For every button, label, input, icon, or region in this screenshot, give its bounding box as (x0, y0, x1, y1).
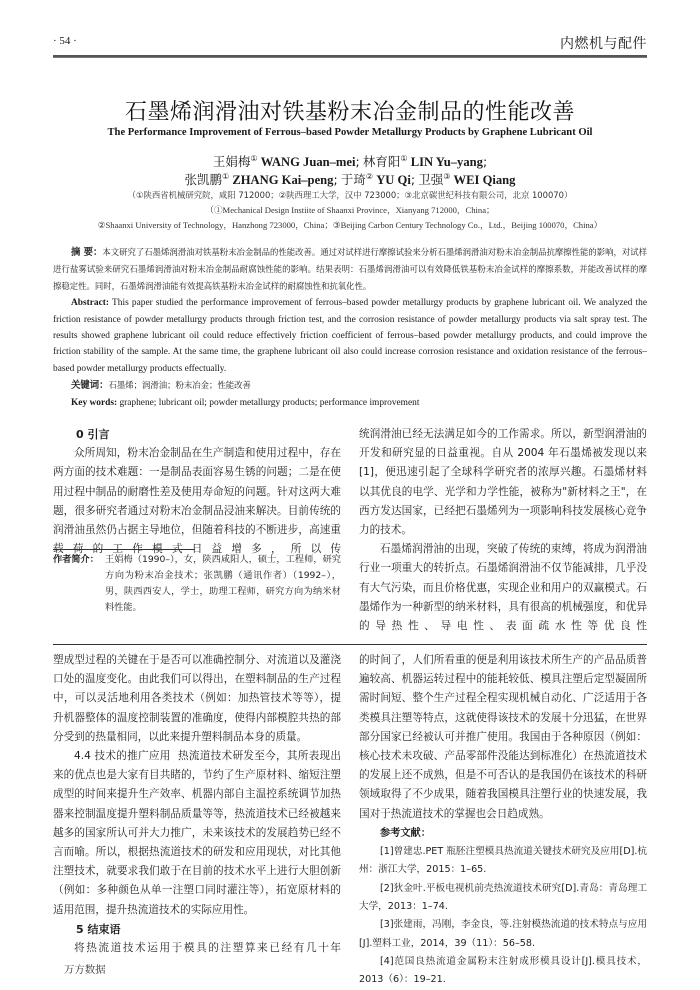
section-heading-conclusion: 5 结束语 (53, 920, 341, 939)
keywords-cn-text: 石墨烯；润滑油；粉末冶金；性能改善 (109, 380, 251, 390)
keywords-en: Key words: graphene; lubricant oil; powd… (53, 395, 647, 411)
author-name-cn: 卫强 (418, 172, 443, 187)
keywords-cn: 关键词：石墨烯；润滑油；粉末冶金；性能改善 (53, 377, 647, 394)
subsection-heading: 4.4 技术的推广应用 (74, 750, 171, 762)
author-name-en: ZHANG Kai–peng (232, 173, 333, 187)
keywords-en-label: Key words: (71, 398, 117, 408)
abstract-en: Abstract: This paper studied the perform… (53, 295, 647, 377)
article-title-en: The Performance Improvement of Ferrous–b… (0, 127, 700, 138)
abstract-cn: 摘 要：本文研究了石墨烯润滑油对铁基粉末冶金制品的性能改善。通过对试样进行摩擦试… (53, 244, 647, 294)
paragraph: 4.4 技术的推广应用 热流道技术研发至今，其所表现出来的优点也是大家有目共睹的… (53, 747, 341, 920)
paragraph: 将热流道技术运用于模具的注塑算来已经有几十年 (53, 939, 341, 958)
separator: ; (333, 172, 337, 187)
paragraph-text: 热流道技术研发至今，其所表现出来的优点也是大家有目共睹的，节约了生产原材料、缩短… (53, 750, 341, 916)
abstract-cn-text: 本文研究了石墨烯润滑油对铁基粉末冶金制品的性能改善。通过对试样进行摩擦试验来分析… (53, 247, 647, 291)
separator: ; (483, 154, 487, 169)
author-name-cn: 张凯鹏 (185, 172, 223, 187)
footnote-rule (53, 549, 195, 550)
abstract-block: 摘 要：本文研究了石墨烯润滑油对铁基粉末冶金制品的性能改善。通过对试样进行摩擦试… (53, 244, 647, 411)
author-name-cn: 于琦 (341, 172, 366, 187)
keywords-en-text: graphene; lubricant oil; powder metallur… (119, 398, 419, 408)
author-note-label: 作者简介： (53, 552, 105, 568)
author-note-text: 王娟梅（1990–），女，陕西咸阳人，硕士，工程师，研究方向为粉末冶金技术；张凯… (105, 552, 341, 616)
author-name-cn: 王娟梅 (213, 154, 251, 169)
reference-item: [2]狄金叶.平板电视机前壳热流道技术研究[D].青岛：青岛理工大学，2013：… (359, 880, 647, 917)
section-divider (53, 644, 647, 645)
author-name-en: WEI Qiang (454, 173, 516, 187)
author-line-2: 张凯鹏① ZHANG Kai–peng; 于琦② YU Qi; 卫强③ WEI … (0, 170, 700, 188)
paragraph: 的时间了，人们所看重的便是利用该技术所生产的产品品质普遍较高、机器运转过程中的能… (359, 651, 647, 824)
reference-item: [4]范国良热流道金属粉末注射成形模具设计[J].模具技术，2013（6）：19… (359, 953, 647, 990)
reference-item: [1]曾建忠.PET 瓶胚注塑模具热流道关键技术研究及应用[D].杭州：浙江大学… (359, 843, 647, 880)
affil-mark: ① (400, 154, 407, 163)
column-top-right: 统润滑油已经无法满足如今的工作需求。所以，新型润滑油的开发和研究显的日益重视。自… (359, 425, 647, 636)
references-heading: 参考文献： (359, 824, 647, 843)
paragraph: 石墨烯润滑油的出现，突破了传统的束缚，将成为润滑油行业一项重大的转折点。石墨烯润… (359, 540, 647, 636)
column-bottom-left: 塑成型过程的关键在于是否可以准确控制分、对流道以及灌浇口处的温度变化。由此我们可… (53, 651, 341, 958)
author-name-cn: 林育阳 (363, 154, 401, 169)
column-top-left: 0 引言 众所周知，粉末冶金制品在生产制造和使用过程中，存在两方面的技术难题：一… (53, 425, 341, 559)
affiliation-en-2: ②Shaanxi University of Technology，Hanzho… (0, 219, 700, 231)
author-line-1: 王娟梅① WANG Juan–mei; 林育阳① LIN Yu–yang; (0, 152, 700, 170)
separator: ; (356, 154, 360, 169)
paragraph: 塑成型过程的关键在于是否可以准确控制分、对流道以及灌浇口处的温度变化。由此我们可… (53, 651, 341, 747)
abstract-en-text: This paper studied the performance impro… (53, 298, 647, 374)
affil-mark: ② (366, 172, 373, 181)
affiliation-en-1: （①Mechanical Design Instiite of Shaanxi … (0, 204, 700, 216)
separator: ; (411, 172, 415, 187)
journal-name: 内燃机与配件 (560, 33, 647, 53)
section-heading-introduction: 0 引言 (53, 425, 341, 444)
author-note: 作者简介： 王娟梅（1990–），女，陕西咸阳人，硕士，工程师，研究方向为粉末冶… (53, 552, 341, 616)
column-bottom-right: 的时间了，人们所看重的便是利用该技术所生产的产品品质普遍较高、机器运转过程中的能… (359, 651, 647, 989)
author-name-en: WANG Juan–mei (261, 155, 356, 169)
page-number: · 54 · (53, 35, 77, 47)
abstract-en-label: Abstract: (71, 298, 109, 308)
wanfang-watermark: 万方数据 (64, 961, 106, 976)
affil-mark: ③ (443, 172, 450, 181)
reference-item: [3]张建雨，冯刚，李金良，等.注射模热流道的技术特点与应用[J].塑料工业，2… (359, 916, 647, 953)
paragraph: 统润滑油已经无法满足如今的工作需求。所以，新型润滑油的开发和研究显的日益重视。自… (359, 425, 647, 540)
keywords-cn-label: 关键词： (71, 380, 109, 391)
abstract-cn-label: 摘 要： (71, 247, 102, 258)
affil-mark: ① (222, 172, 229, 181)
paragraph: 众所周知，粉末冶金制品在生产制造和使用过程中，存在两方面的技术难题：一是制品表面… (53, 444, 341, 559)
header-rule (53, 55, 647, 58)
article-title-cn: 石墨烯润滑油对铁基粉末冶金制品的性能改善 (0, 95, 700, 126)
affiliation-cn: （①陕西省机械研究院，咸阳 712000；②陕西理工大学，汉中 723000；③… (0, 189, 700, 201)
author-name-en: LIN Yu–yang (411, 155, 483, 169)
author-name-en: YU Qi (376, 173, 411, 187)
affil-mark: ① (250, 154, 257, 163)
running-head: · 54 · 内燃机与配件 (53, 33, 647, 53)
